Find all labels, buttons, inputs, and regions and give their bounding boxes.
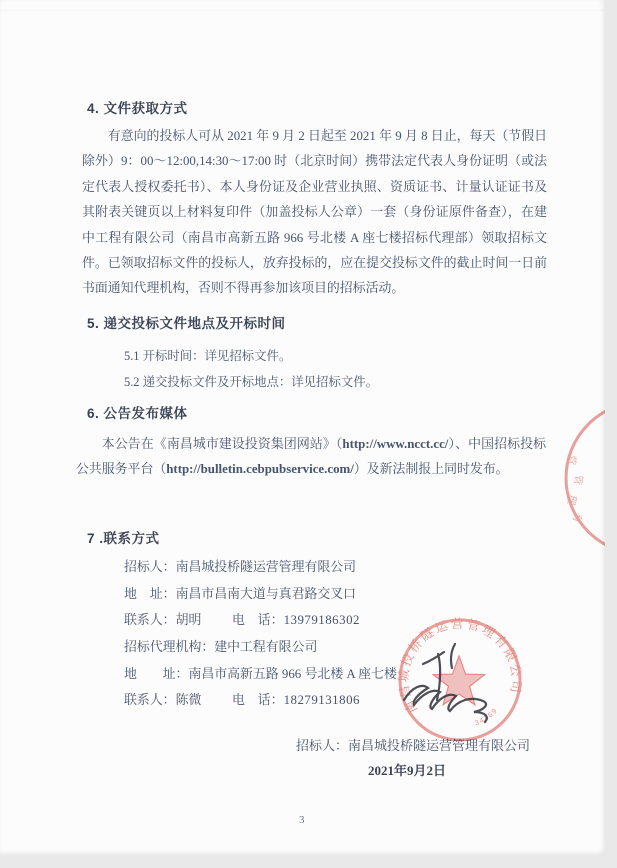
contact-value: 建中工程有限公司 [214,640,317,654]
website-url-ncct: http://www.ncct.cc/ [342,437,448,451]
contact-label: 地 址： [124,667,188,681]
edge-seal-char: 营 [565,454,579,465]
contact-row-person1: 联系人：胡明 电 话：13979186302 [124,609,544,636]
phone-number: 13979186302 [284,613,360,627]
section6-heading: 6. 公告发布媒体 [87,402,188,422]
scanned-document-screen: 4. 文件获取方式 有意向的投标人可从 2021 年 9 月 2 日起至 202… [0,0,617,868]
contact-row-person2: 联系人：陈微 电 话：18279131806 [124,689,544,716]
contact-row-agency: 招标代理机构：建中工程有限公司 [124,636,544,663]
contact-label: 招标人： [124,560,176,574]
signoff-tenderer-line: 招标人：南昌城投桥隧运营管理有限公司 [296,735,530,754]
phone-number: 18279131806 [284,693,360,707]
section5-item-submit-place: 5.2 递交投标文件及开标地点：详见招标文件。 [124,372,378,390]
contact-value: 南昌城投桥隧运营管理有限公司 [176,560,356,574]
contact-value: 南昌市高新五路 966 号北楼 A 座七楼 [188,667,396,681]
contact-row-address1: 地 址：南昌市昌南大道与真君路交叉口 [124,583,544,610]
document-page: 4. 文件获取方式 有意向的投标人可从 2021 年 9 月 2 日起至 202… [0,0,605,855]
section6-text-pre: 本公告在《南昌城市建设投资集团网站》（ [102,437,343,451]
phone-label: 电 话： [232,693,284,707]
edge-seal-fragment: 营 管 理 有 [565,402,605,554]
contact-label: 联系人： [124,613,176,627]
section4-paragraph: 有意向的投标人可从 2021 年 9 月 2 日起至 2021 年 9 月 8 … [82,124,547,302]
document-date: 2021年9月2日 [368,760,446,779]
contact-row-tenderer: 招标人：南昌城投桥隧运营管理有限公司 [124,556,544,583]
edge-seal-char: 理 [565,493,579,506]
contact-row-address2: 地 址：南昌市高新五路 966 号北楼 A 座七楼 [124,663,544,690]
edge-seal-char: 有 [570,511,586,525]
phone-block: 电 话：13979186302 [232,609,360,628]
section5-item-open-time: 5.1 开标时间：详见招标文件。 [124,346,291,364]
edge-seal-char: 管 [571,474,586,486]
contact-label: 地 址： [124,587,176,601]
contact-label: 招标代理机构： [124,640,214,654]
phone-block: 电 话：18279131806 [232,689,360,708]
contact-value: 胡明 [176,613,202,627]
contact-value: 南昌市昌南大道与真君路交叉口 [176,587,356,601]
section5-heading: 5. 递交投标文件地点及开标时间 [87,312,286,332]
page-number: 3 [299,814,305,826]
contact-label: 联系人： [124,693,176,707]
section7-heading: 7 .联系方式 [87,527,160,547]
section4-heading: 4. 文件获取方式 [87,97,188,117]
section6-text-post: ）及新法制报上同时发布。 [354,462,509,476]
phone-label: 电 话： [232,613,284,627]
contact-value: 陈微 [176,693,202,707]
contact-block: 招标人：南昌城投桥隧运营管理有限公司 地 址：南昌市昌南大道与真君路交叉口 联系… [124,556,544,716]
section6-paragraph: 本公告在《南昌城市建设投资集团网站》（http://www.ncct.cc/）、… [76,432,546,483]
website-url-cebpubservice: http://bulletin.cebpubservice.com/ [166,462,354,476]
